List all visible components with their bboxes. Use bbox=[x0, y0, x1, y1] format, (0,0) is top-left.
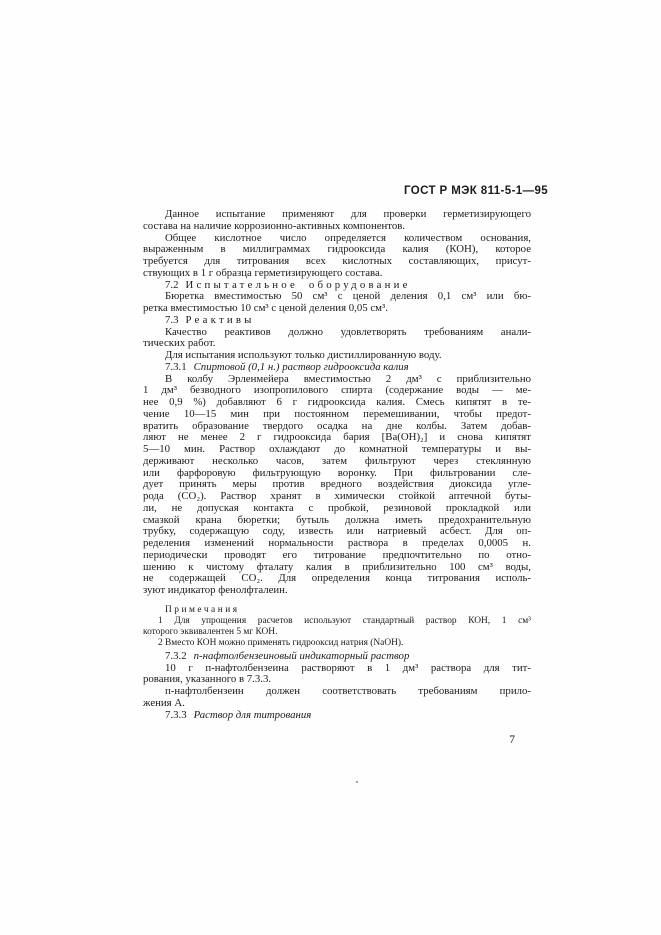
section-heading: 7.3.3Раствор для титрования bbox=[143, 710, 531, 722]
section-number: 7.3.3 bbox=[165, 709, 187, 721]
section-title: Реактивы bbox=[186, 314, 255, 326]
section-title: Раствор для титрования bbox=[194, 709, 312, 721]
section-heading: 7.3.1Спиртовой (0,1 н.) раствор гидроокс… bbox=[143, 362, 531, 374]
scan-artifact bbox=[356, 781, 358, 783]
text-line: состава на наличие коррозионно-активных … bbox=[143, 221, 531, 233]
section-number: 7.3.1 bbox=[165, 361, 187, 373]
section-title: Спиртовой (0,1 н.) раствор гидрооксида к… bbox=[194, 361, 409, 373]
section-heading: 7.3Реактивы bbox=[143, 315, 531, 327]
text-line: периодически проводят его титрование пре… bbox=[143, 550, 531, 562]
text-line: 5—10 мин. Раствор охлаждают до комнатной… bbox=[143, 444, 531, 456]
section-number: 7.3.2 bbox=[165, 650, 187, 662]
text-line: держивают несколько часов, затем фильтру… bbox=[143, 456, 531, 468]
text-line: ределения изменений нормальности раствор… bbox=[143, 538, 531, 550]
text-line: п-нафтолбензеин должен соответствовать т… bbox=[143, 686, 531, 698]
text-line: требуется для титрования всех кислотных … bbox=[143, 256, 531, 268]
section-number: 7.2 bbox=[165, 279, 179, 291]
page-number: 7 bbox=[143, 734, 515, 746]
section-title: Испытательное оборудование bbox=[186, 279, 411, 291]
notes-label: Примечания bbox=[143, 605, 531, 616]
note-line: которого эквивалентен 5 мг КОН. bbox=[143, 627, 531, 638]
text-line: чение 10—15 мин при постоянном перемешив… bbox=[143, 409, 531, 421]
text-line: ли, не допуская контакта с пробкой, рези… bbox=[143, 503, 531, 515]
section-number: 7.3 bbox=[165, 314, 179, 326]
section-heading: 7.3.2п-нафтолбензеиновый индикаторный ра… bbox=[143, 651, 531, 663]
section-title: п-нафтолбензеиновый индикаторный раствор bbox=[194, 650, 410, 662]
text-line: нее 0,9 %) добавляют 6 г гидрооксида кал… bbox=[143, 397, 531, 409]
document-number: ГОСТ Р МЭК 811-5-1—95 bbox=[404, 185, 548, 197]
text-column: Данное испытание применяют для проверки … bbox=[143, 209, 531, 721]
text-line: Данное испытание применяют для проверки … bbox=[143, 209, 531, 221]
text-line: зуют индикатор фенолфталеин. bbox=[143, 585, 531, 597]
note-line: 1 Для упрощения расчетов используют стан… bbox=[143, 616, 531, 627]
note-line: 2 Вместо КОН можно применять гидрооксид … bbox=[143, 638, 531, 649]
text-line: рода (CO₂). Раствор хранят в химически с… bbox=[143, 491, 531, 503]
document-page: ГОСТ Р МЭК 811-5-1—95 Данное испытание п… bbox=[0, 0, 661, 935]
